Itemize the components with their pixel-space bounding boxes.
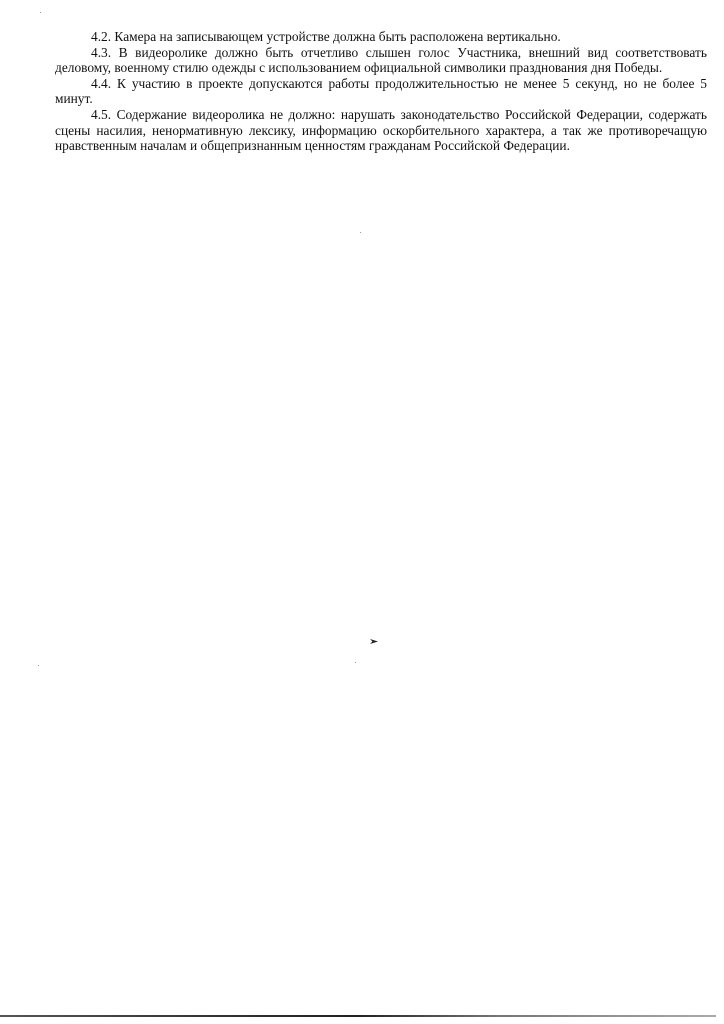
paragraph-4-3: 4.3. В видеоролике должно быть отчетливо… (55, 45, 707, 76)
scan-artifact-mark (370, 639, 378, 644)
scan-speck (355, 662, 356, 663)
document-page: 4.2. Камера на записывающем устройстве д… (0, 0, 724, 1024)
paragraph-4-5: 4.5. Содержание видеоролика не должно: н… (55, 107, 707, 154)
scan-speck (40, 12, 41, 13)
paragraph-4-4: 4.4. К участию в проекте допускаются раб… (55, 76, 707, 107)
document-body: 4.2. Камера на записывающем устройстве д… (55, 29, 707, 154)
scan-speck (360, 232, 361, 233)
paragraph-4-2: 4.2. Камера на записывающем устройстве д… (55, 29, 707, 45)
page-bottom-edge-line (0, 1015, 716, 1017)
scan-speck (38, 665, 39, 666)
